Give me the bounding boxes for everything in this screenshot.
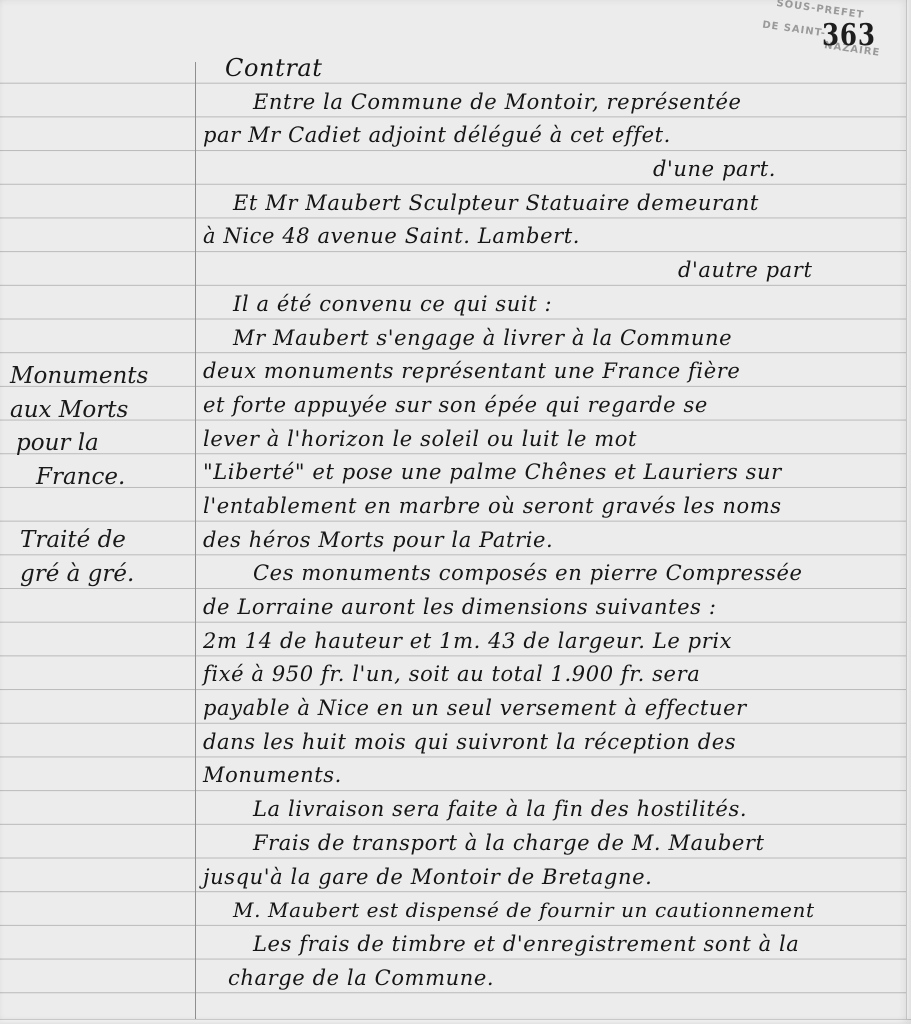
margin-note-line: pour la [10, 427, 148, 461]
stamp-text-line: DE SAINT- [762, 20, 827, 40]
ledger-page: SOUS-PREFET DE SAINT- NAZAIRE 363 Monume… [0, 0, 911, 1024]
contract-title: Contrat [203, 52, 903, 86]
body-line: dans les huit mois qui suivront la récep… [203, 726, 903, 760]
body-line: Entre la Commune de Montoir, représentée [203, 86, 903, 120]
body-line: des héros Morts pour la Patrie. [203, 524, 903, 558]
body-line: Il a été convenu ce qui suit : [203, 288, 903, 322]
margin-note-line: France. [10, 461, 148, 495]
body-line: deux monuments représentant une France f… [203, 355, 903, 389]
folio-number: 363 [822, 18, 876, 53]
body-line: Ces monuments composés en pierre Compres… [203, 557, 903, 591]
body-line: 2m 14 de hauteur et 1m. 43 de largeur. L… [203, 625, 903, 659]
body-line: l'entablement en marbre où seront gravés… [203, 490, 903, 524]
body-line: Mr Maubert s'engage à livrer à la Commun… [203, 322, 903, 356]
margin-note-procedure: Traité de gré à gré. [20, 524, 134, 591]
body-line: à Nice 48 avenue Saint. Lambert. [203, 220, 903, 254]
body-line: jusqu'à la gare de Montoir de Bretagne. [203, 861, 903, 895]
body-line: lever à l'horizon le soleil ou luit le m… [203, 423, 903, 457]
body-line: d'autre part [203, 254, 903, 288]
body-line: de Lorraine auront les dimensions suivan… [203, 591, 903, 625]
page-right-edge [906, 0, 911, 1024]
margin-note-line: Monuments [10, 360, 148, 394]
body-line: Et Mr Maubert Sculpteur Statuaire demeur… [203, 187, 903, 221]
body-line: d'une part. [203, 153, 903, 187]
margin-note-line: Traité de [20, 524, 134, 558]
contract-body: Contrat Entre la Commune de Montoir, rep… [203, 52, 903, 995]
body-line: "Liberté" et pose une palme Chênes et La… [203, 456, 903, 490]
body-line: charge de la Commune. [203, 962, 903, 996]
body-line: par Mr Cadiet adjoint délégué à cet effe… [203, 119, 903, 153]
body-line: et forte appuyée sur son épée qui regard… [203, 389, 903, 423]
body-line: La livraison sera faite à la fin des hos… [203, 793, 903, 827]
page-bottom-edge [0, 1019, 911, 1024]
body-line: Les frais de timbre et d'enregistrement … [203, 928, 903, 962]
body-line: Monuments. [203, 759, 903, 793]
body-line: M. Maubert est dispensé de fournir un ca… [203, 894, 903, 928]
margin-note-line: aux Morts [10, 394, 148, 428]
body-line: Frais de transport à la charge de M. Mau… [203, 827, 903, 861]
margin-note-line: gré à gré. [20, 558, 134, 592]
margin-note-subject: Monuments aux Morts pour la France. [10, 360, 148, 495]
margin-rule-line [195, 62, 196, 1024]
body-line: payable à Nice en un seul versement à ef… [203, 692, 903, 726]
body-line: fixé à 950 fr. l'un, soit au total 1.900… [203, 658, 903, 692]
